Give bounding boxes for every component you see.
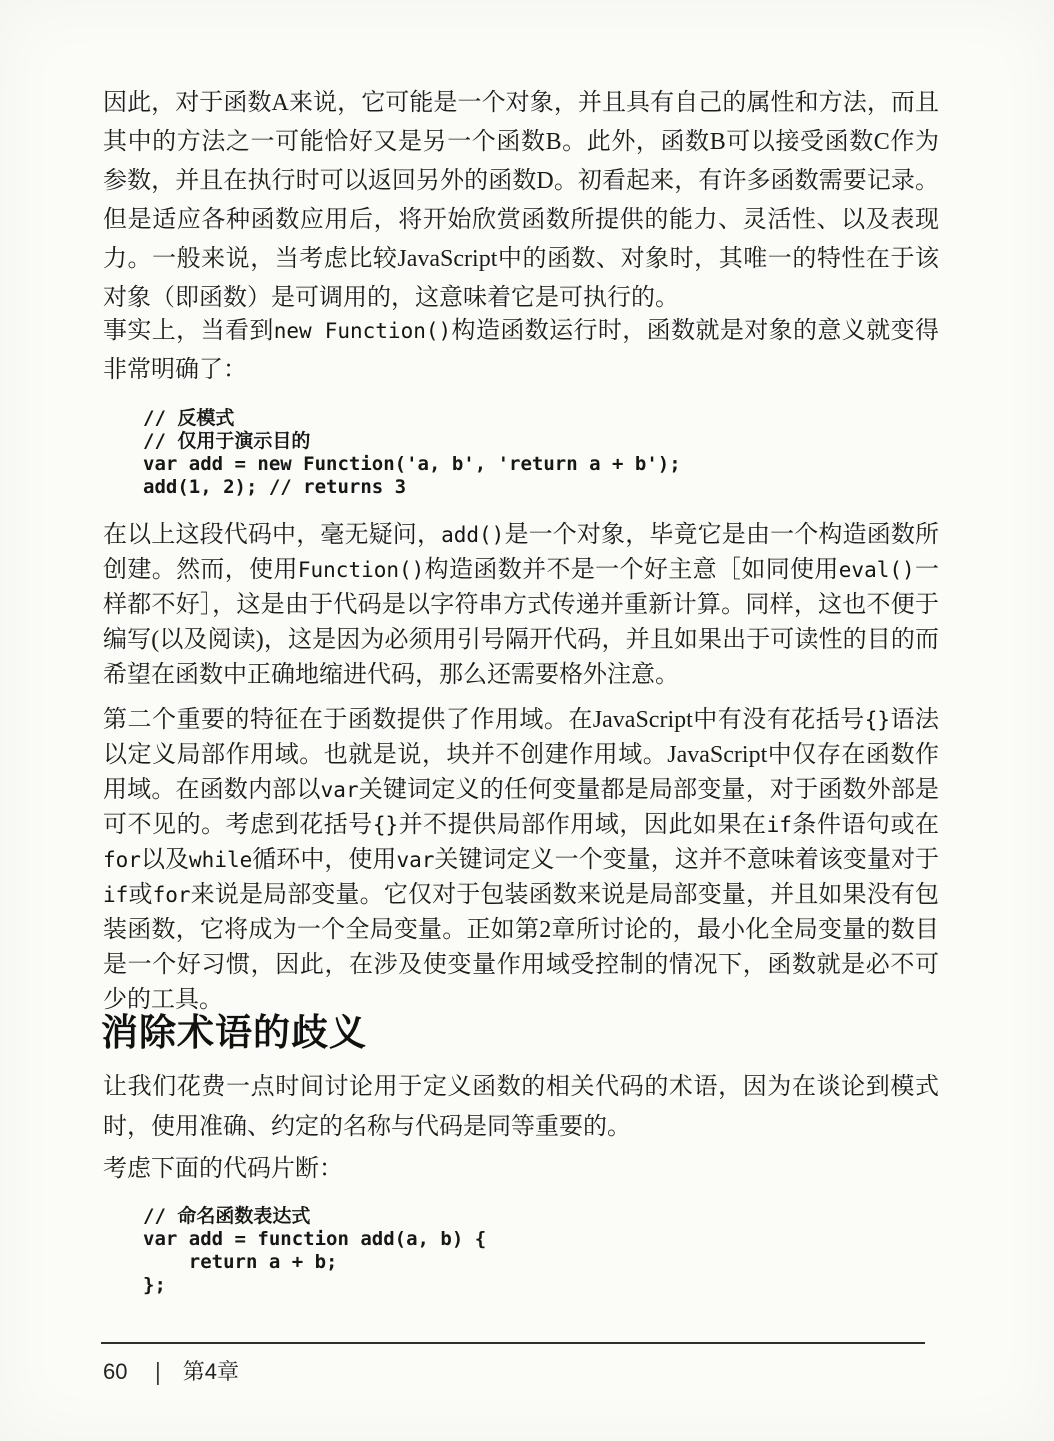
footer-divider-line xyxy=(101,1342,925,1344)
page-footer: 60 | 第4章 xyxy=(103,1356,239,1388)
paragraph-function-constructor-discussion: 在以上这段代码中，毫无疑问，add()是一个对象，毕竟它是由一个构造函数所创建。… xyxy=(103,518,939,693)
paragraph-terminology-intro: 让我们花费一点时间讨论用于定义函数的相关代码的术语，因为在谈论到模式时，使用准确… xyxy=(103,1067,939,1147)
chapter-label: 第4章 xyxy=(183,1356,239,1388)
section-heading-disambiguating-terminology: 消除术语的歧义 xyxy=(101,1010,367,1056)
paragraph-consider-snippet: 考虑下面的代码片断： xyxy=(103,1150,939,1189)
paragraph-new-function-intro: 事实上，当看到new Function()构造函数运行时，函数就是对象的意义就变… xyxy=(103,312,939,390)
code-block-named-function-expression: // 命名函数表达式 var add = function add(a, b) … xyxy=(143,1205,486,1297)
paragraph-function-scope: 第二个重要的特征在于函数提供了作用域。在JavaScript中有没有花括号{}语… xyxy=(103,703,939,1018)
page-number: 60 xyxy=(103,1356,137,1388)
footer-separator: | xyxy=(155,1354,161,1391)
code-block-new-function-antipattern: // 反模式 // 仅用于演示目的 var add = new Function… xyxy=(143,407,681,499)
paragraph-function-as-object: 因此，对于函数A来说，它可能是一个对象，并且具有自己的属性和方法，而且其中的方法… xyxy=(103,84,939,318)
book-page: 因此，对于函数A来说，它可能是一个对象，并且具有自己的属性和方法，而且其中的方法… xyxy=(0,0,1054,1441)
